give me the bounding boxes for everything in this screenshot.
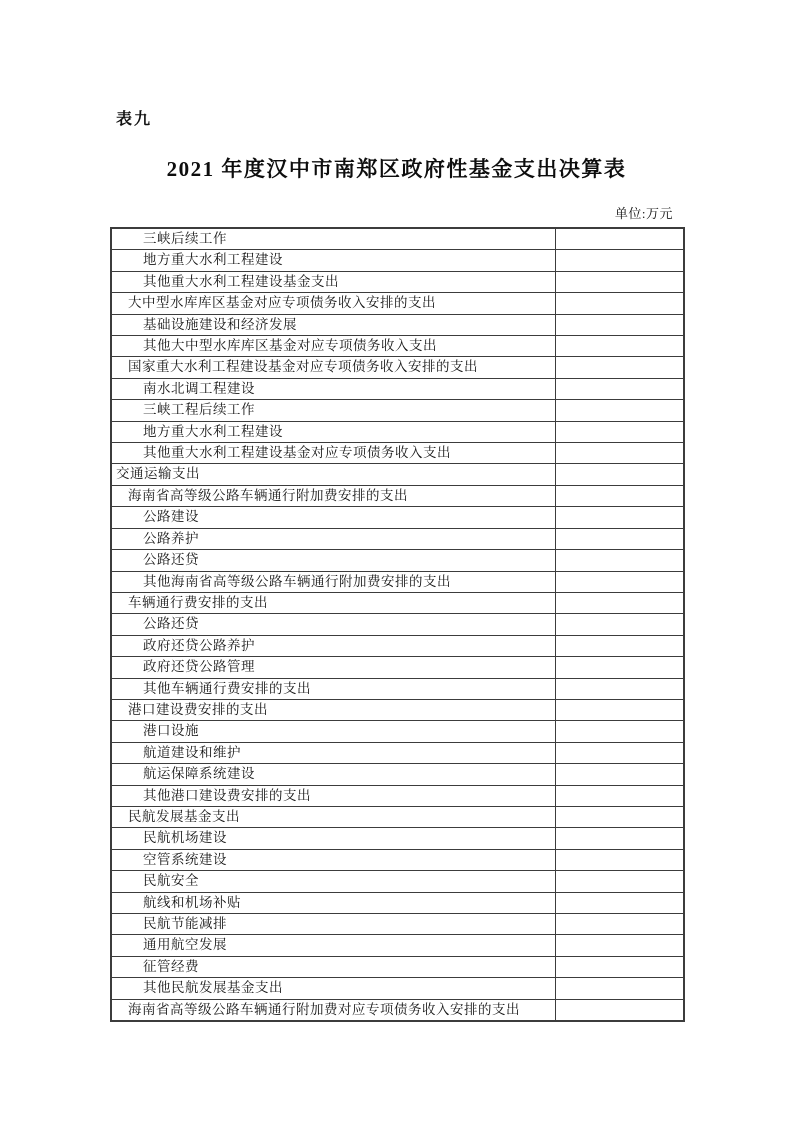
row-item-label: 空管系统建设 [111,849,555,870]
table-row: 国家重大水利工程建设基金对应专项债务收入安排的支出 [111,357,684,378]
row-amount-cell [555,336,684,357]
row-item-label: 其他海南省高等级公路车辆通行附加费安排的支出 [111,571,555,592]
row-amount-cell [555,421,684,442]
table-number-label: 表九 [116,106,152,129]
table-row: 政府还贷公路管理 [111,657,684,678]
table-row: 其他大中型水库库区基金对应专项债务收入支出 [111,336,684,357]
row-item-label: 南水北调工程建设 [111,378,555,399]
table-row: 港口设施 [111,721,684,742]
row-item-label: 其他港口建设费安排的支出 [111,785,555,806]
table-row: 征管经费 [111,956,684,977]
fund-expenditure-table: 三峡后续工作 地方重大水利工程建设 其他重大水利工程建设基金支出 大中型水库库区… [110,227,685,1022]
row-item-label: 其他车辆通行费安排的支出 [111,678,555,699]
table-row: 公路建设 [111,507,684,528]
table-row: 航道建设和维护 [111,742,684,763]
document-title: 2021 年度汉中市南郑区政府性基金支出决算表 [0,153,793,183]
row-amount-cell [555,357,684,378]
row-amount-cell [555,914,684,935]
row-item-label: 公路建设 [111,507,555,528]
table-row: 车辆通行费安排的支出 [111,592,684,613]
row-amount-cell [555,785,684,806]
row-amount-cell [555,571,684,592]
row-item-label: 基础设施建设和经济发展 [111,314,555,335]
table-row: 民航机场建设 [111,828,684,849]
row-item-label: 其他重大水利工程建设基金支出 [111,271,555,292]
row-item-label: 航道建设和维护 [111,742,555,763]
row-amount-cell [555,550,684,571]
table-row: 三峡工程后续工作 [111,400,684,421]
table-row: 地方重大水利工程建设 [111,421,684,442]
row-amount-cell [555,271,684,292]
row-amount-cell [555,999,684,1021]
row-item-label: 其他大中型水库库区基金对应专项债务收入支出 [111,336,555,357]
table-row: 公路还贷 [111,614,684,635]
row-amount-cell [555,828,684,849]
table-row: 其他港口建设费安排的支出 [111,785,684,806]
row-item-label: 国家重大水利工程建设基金对应专项债务收入安排的支出 [111,357,555,378]
row-amount-cell [555,635,684,656]
row-amount-cell [555,293,684,314]
row-amount-cell [555,378,684,399]
row-amount-cell [555,935,684,956]
table-row: 航线和机场补贴 [111,892,684,913]
row-item-label: 民航安全 [111,871,555,892]
row-item-label: 海南省高等级公路车辆通行附加费安排的支出 [111,485,555,506]
row-item-label: 政府还贷公路管理 [111,657,555,678]
row-amount-cell [555,443,684,464]
table-row: 南水北调工程建设 [111,378,684,399]
row-amount-cell [555,228,684,250]
table-row: 海南省高等级公路车辆通行附加费对应专项债务收入安排的支出 [111,999,684,1021]
row-amount-cell [555,849,684,870]
row-amount-cell [555,699,684,720]
table-row: 交通运输支出 [111,464,684,485]
row-item-label: 其他重大水利工程建设基金对应专项债务收入支出 [111,443,555,464]
row-amount-cell [555,806,684,827]
row-amount-cell [555,592,684,613]
row-amount-cell [555,721,684,742]
row-item-label: 航运保障系统建设 [111,764,555,785]
unit-label: 单位:万元 [615,203,673,222]
row-item-label: 交通运输支出 [111,464,555,485]
row-amount-cell [555,507,684,528]
row-amount-cell [555,464,684,485]
table-row: 三峡后续工作 [111,228,684,250]
table-row: 其他车辆通行费安排的支出 [111,678,684,699]
table-body: 三峡后续工作 地方重大水利工程建设 其他重大水利工程建设基金支出 大中型水库库区… [111,228,684,1021]
row-item-label: 征管经费 [111,956,555,977]
row-item-label: 公路养护 [111,528,555,549]
table-row: 民航发展基金支出 [111,806,684,827]
row-amount-cell [555,485,684,506]
row-amount-cell [555,764,684,785]
row-amount-cell [555,528,684,549]
row-amount-cell [555,956,684,977]
row-item-label: 民航机场建设 [111,828,555,849]
table-row: 公路还贷 [111,550,684,571]
row-amount-cell [555,400,684,421]
row-amount-cell [555,978,684,999]
table-row: 其他民航发展基金支出 [111,978,684,999]
row-item-label: 三峡工程后续工作 [111,400,555,421]
table-row: 航运保障系统建设 [111,764,684,785]
row-amount-cell [555,678,684,699]
row-item-label: 港口设施 [111,721,555,742]
row-amount-cell [555,742,684,763]
row-amount-cell [555,314,684,335]
row-item-label: 海南省高等级公路车辆通行附加费对应专项债务收入安排的支出 [111,999,555,1021]
table-row: 民航节能减排 [111,914,684,935]
row-item-label: 地方重大水利工程建设 [111,421,555,442]
row-amount-cell [555,657,684,678]
table-row: 公路养护 [111,528,684,549]
row-item-label: 民航发展基金支出 [111,806,555,827]
table-row: 基础设施建设和经济发展 [111,314,684,335]
row-amount-cell [555,250,684,271]
row-item-label: 港口建设费安排的支出 [111,699,555,720]
row-item-label: 航线和机场补贴 [111,892,555,913]
row-amount-cell [555,871,684,892]
table-row: 其他重大水利工程建设基金支出 [111,271,684,292]
row-item-label: 其他民航发展基金支出 [111,978,555,999]
row-item-label: 公路还贷 [111,614,555,635]
row-amount-cell [555,614,684,635]
table-row: 其他重大水利工程建设基金对应专项债务收入支出 [111,443,684,464]
table-row: 空管系统建设 [111,849,684,870]
table-row: 地方重大水利工程建设 [111,250,684,271]
document-page: 表九 2021 年度汉中市南郑区政府性基金支出决算表 单位:万元 三峡后续工作 … [0,0,793,1122]
row-item-label: 公路还贷 [111,550,555,571]
row-item-label: 三峡后续工作 [111,228,555,250]
table-row: 其他海南省高等级公路车辆通行附加费安排的支出 [111,571,684,592]
table-row: 港口建设费安排的支出 [111,699,684,720]
table-row: 通用航空发展 [111,935,684,956]
table-row: 大中型水库库区基金对应专项债务收入安排的支出 [111,293,684,314]
row-item-label: 大中型水库库区基金对应专项债务收入安排的支出 [111,293,555,314]
table-row: 海南省高等级公路车辆通行附加费安排的支出 [111,485,684,506]
row-item-label: 政府还贷公路养护 [111,635,555,656]
row-item-label: 车辆通行费安排的支出 [111,592,555,613]
row-item-label: 民航节能减排 [111,914,555,935]
table-row: 政府还贷公路养护 [111,635,684,656]
row-item-label: 地方重大水利工程建设 [111,250,555,271]
row-item-label: 通用航空发展 [111,935,555,956]
row-amount-cell [555,892,684,913]
table-row: 民航安全 [111,871,684,892]
